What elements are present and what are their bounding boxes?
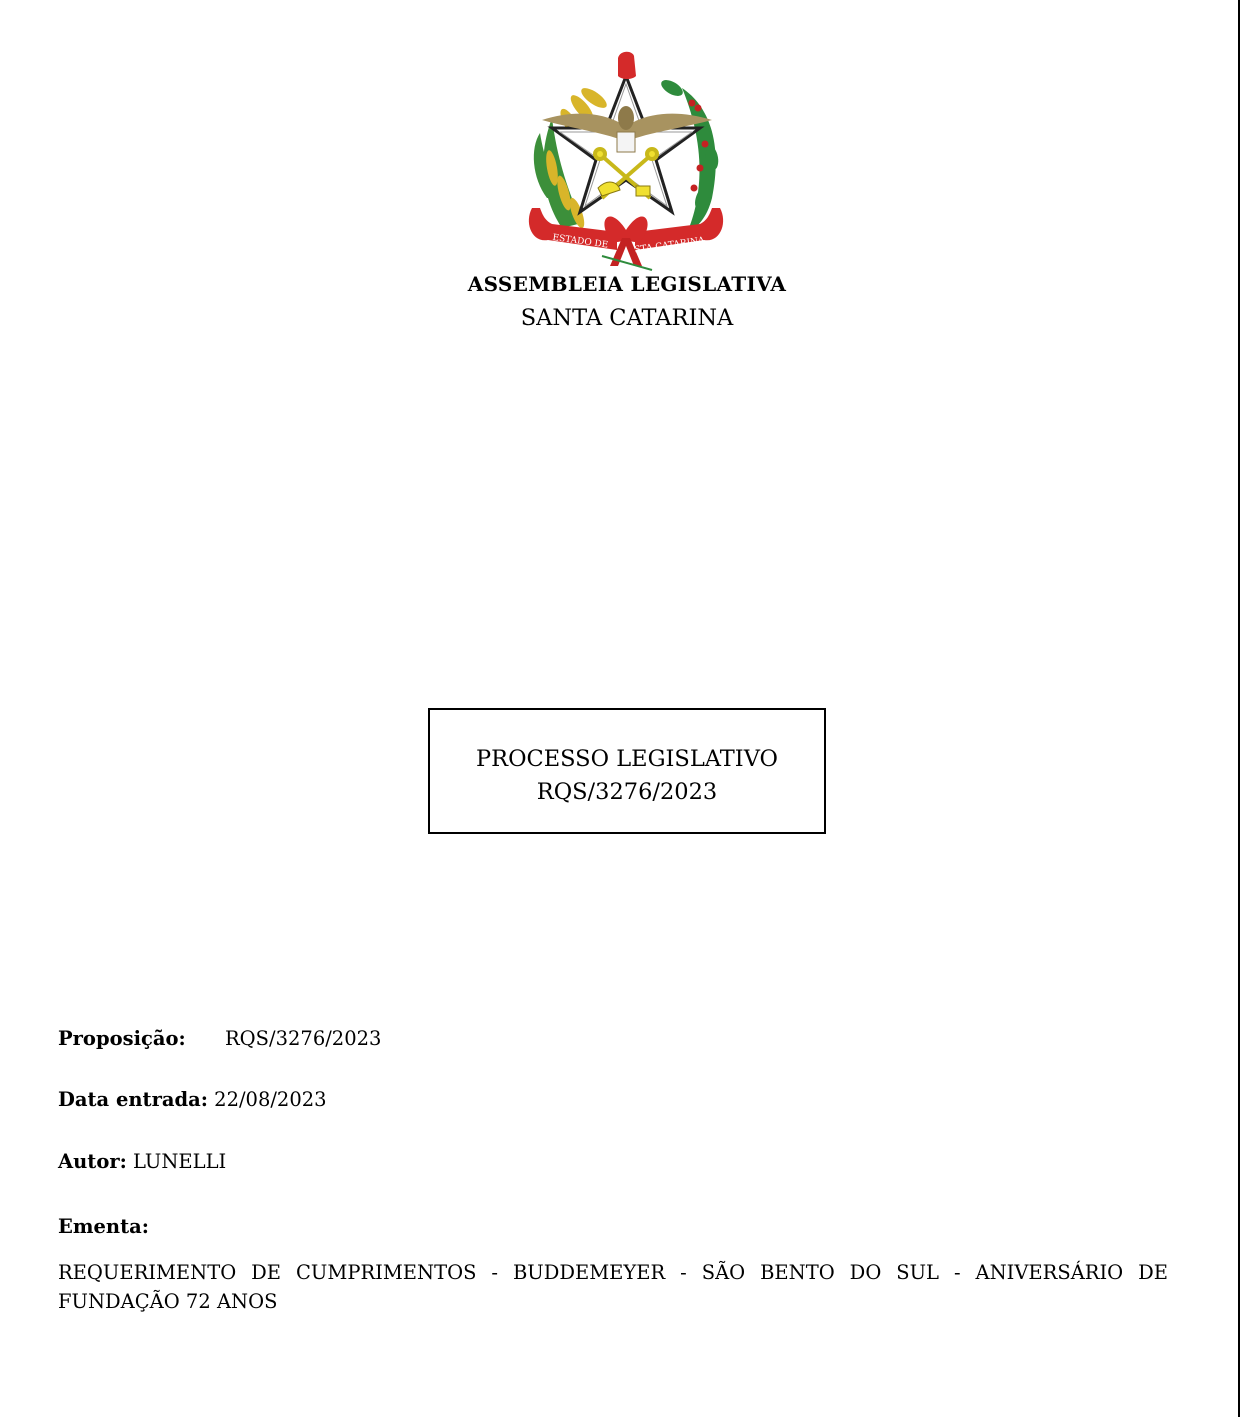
field-value: LUNELLI xyxy=(133,1150,226,1173)
field-autor: Autor: LUNELLI xyxy=(58,1149,226,1175)
coat-of-arms-emblem: ESTADO DE STA CATARINA xyxy=(522,48,730,272)
page-edge-rule xyxy=(1238,0,1240,1417)
field-ementa: Ementa: xyxy=(58,1214,149,1240)
organization-state: SANTA CATARINA xyxy=(0,303,1241,333)
field-label: Autor: xyxy=(58,1150,127,1173)
field-label: Data entrada: xyxy=(58,1088,208,1111)
field-label: Proposição: xyxy=(58,1027,186,1050)
ementa-text: REQUERIMENTO DE CUMPRIMENTOS - BUDDEMEYE… xyxy=(58,1258,1168,1316)
process-number: RQS/3276/2023 xyxy=(430,777,824,807)
field-label: Ementa: xyxy=(58,1215,149,1238)
field-data-entrada: Data entrada: 22/08/2023 xyxy=(58,1087,327,1113)
phrygian-cap-icon xyxy=(618,52,636,79)
process-box: PROCESSO LEGISLATIVO RQS/3276/2023 xyxy=(428,708,826,834)
field-proposicao: Proposição: RQS/3276/2023 xyxy=(58,1026,186,1052)
field-value: RQS/3276/2023 xyxy=(225,1026,381,1052)
field-value: 22/08/2023 xyxy=(214,1088,326,1111)
process-title: PROCESSO LEGISLATIVO xyxy=(430,744,824,774)
organization-name: ASSEMBLEIA LEGISLATIVA xyxy=(0,271,1241,297)
